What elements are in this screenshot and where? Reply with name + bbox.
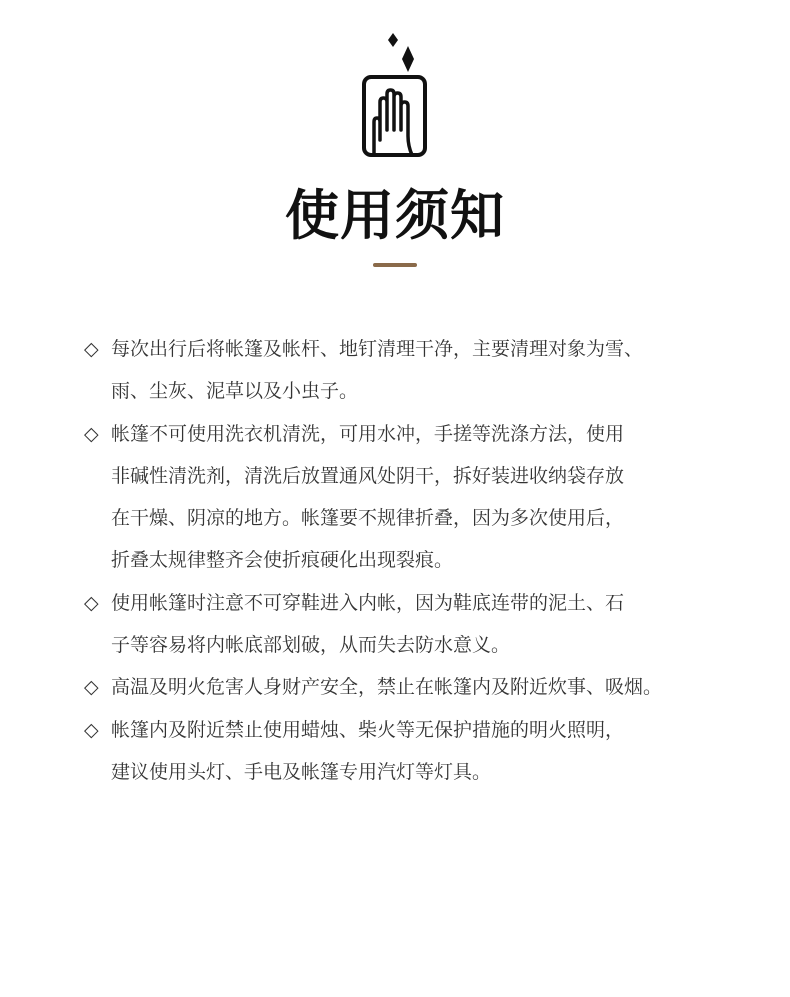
note-text: 每次出行后将帐篷及帐杆、地钉清理干净，主要清理对象为雪、 雨、尘灰、泥草以及小虫… bbox=[111, 328, 764, 413]
diamond-bullet-icon: ◇ bbox=[84, 582, 108, 624]
note-text: 高温及明火危害人身财产安全，禁止在帐篷内及附近炊事、吸烟。 bbox=[111, 666, 764, 708]
list-item: ◇ 高温及明火危害人身财产安全，禁止在帐篷内及附近炊事、吸烟。 bbox=[84, 666, 764, 708]
diamond-bullet-icon: ◇ bbox=[84, 413, 108, 455]
title-divider bbox=[373, 263, 417, 267]
list-item: ◇ 帐篷内及附近禁止使用蜡烛、柴火等无保护措施的明火照明， 建议使用头灯、手电及… bbox=[84, 709, 764, 794]
diamond-bullet-icon: ◇ bbox=[84, 328, 108, 370]
list-item: ◇ 使用帐篷时注意不可穿鞋进入内帐，因为鞋底连带的泥土、石 子等容易将内帐底部划… bbox=[84, 582, 764, 667]
sparkle-small-icon bbox=[388, 33, 398, 47]
diamond-bullet-icon: ◇ bbox=[84, 709, 108, 751]
hand-cleaning-icon bbox=[356, 30, 436, 160]
page-title: 使用须知 bbox=[0, 180, 790, 252]
note-text: 使用帐篷时注意不可穿鞋进入内帐，因为鞋底连带的泥土、石 子等容易将内帐底部划破，… bbox=[111, 582, 764, 667]
diamond-bullet-icon: ◇ bbox=[84, 666, 108, 708]
list-item: ◇ 每次出行后将帐篷及帐杆、地钉清理干净，主要清理对象为雪、 雨、尘灰、泥草以及… bbox=[84, 328, 764, 413]
note-text: 帐篷内及附近禁止使用蜡烛、柴火等无保护措施的明火照明， 建议使用头灯、手电及帐篷… bbox=[111, 709, 764, 794]
usage-notes-list: ◇ 每次出行后将帐篷及帐杆、地钉清理干净，主要清理对象为雪、 雨、尘灰、泥草以及… bbox=[84, 328, 764, 793]
list-item: ◇ 帐篷不可使用洗衣机清洗，可用水冲，手搓等洗涤方法，使用 非碱性清洗剂，清洗后… bbox=[84, 413, 764, 582]
note-text: 帐篷不可使用洗衣机清洗，可用水冲，手搓等洗涤方法，使用 非碱性清洗剂，清洗后放置… bbox=[111, 413, 764, 582]
sparkle-large-icon bbox=[402, 46, 414, 72]
